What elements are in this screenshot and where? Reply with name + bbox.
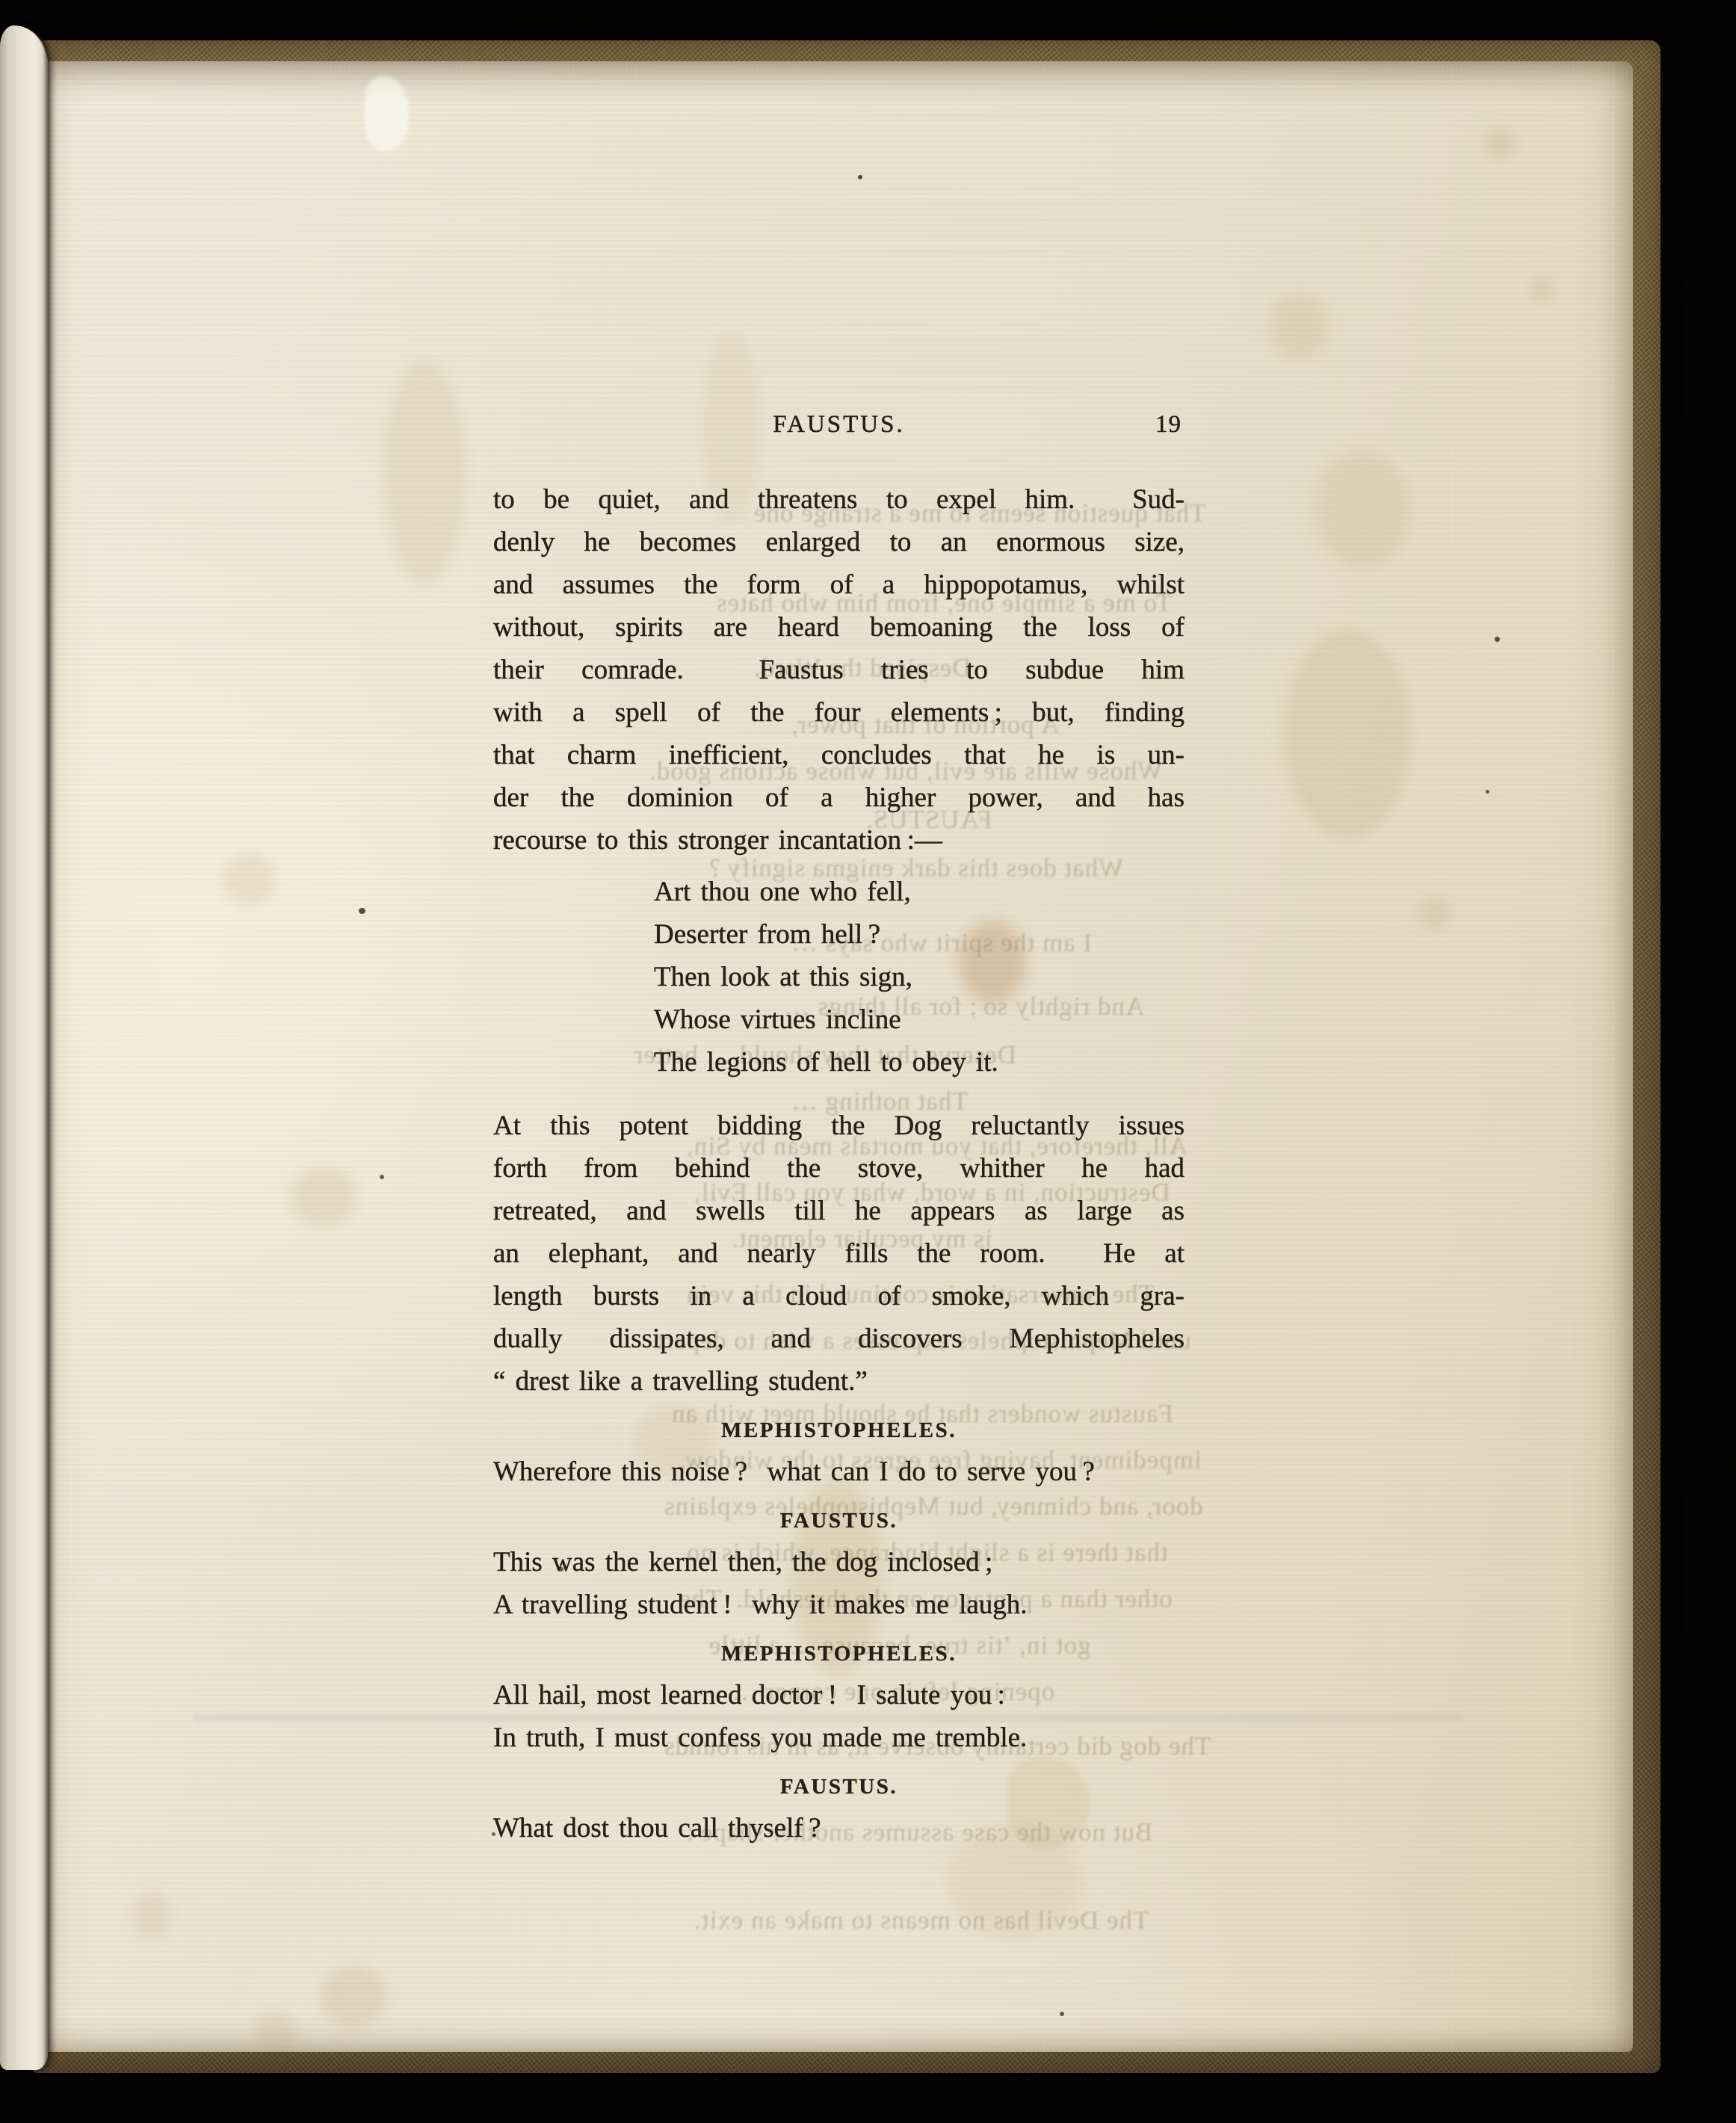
dialogue-item: FAUSTUS.: [493, 1504, 1184, 1537]
dialogue-item: Wherefore this noise ? what can I do to …: [493, 1450, 1184, 1493]
paper-stain: [380, 1175, 384, 1179]
paper-stain: [1060, 2012, 1064, 2016]
dialogue-block: MEPHISTOPHELES.Wherefore this noise ? wh…: [493, 1414, 1184, 1849]
paper-stain: [359, 908, 365, 914]
paragraph-summary-2: At this potent bidding the Dog reluctant…: [493, 1104, 1184, 1403]
verse-line: Art thou one who fell,: [654, 871, 1184, 913]
dialogue-item: MEPHISTOPHELES.: [493, 1637, 1184, 1670]
paper-stain: [1418, 898, 1448, 928]
paper-stain: [1495, 637, 1500, 642]
dialogue-item: FAUSTUS.: [493, 1770, 1184, 1803]
paper-stain: [1284, 629, 1411, 838]
running-head: FAUSTUS. 19: [493, 407, 1184, 442]
text-block: FAUSTUS. 19 to be quiet, and threatens t…: [493, 407, 1184, 1849]
paper-stain: [383, 360, 466, 584]
text-line: retreated, and swells till he appears as…: [493, 1190, 1184, 1232]
dialogue-item: What dost thou call thyself ?: [493, 1807, 1184, 1849]
text-line: that charm inefficient, concludes that h…: [493, 734, 1184, 776]
dialogue-item: This was the kernel then, the dog inclos…: [493, 1541, 1184, 1583]
paper-stain: [858, 175, 862, 179]
text-line: recourse to this stronger incantation :—: [493, 819, 1184, 862]
paper-stain: [223, 853, 275, 906]
verse-line: The legions of hell to obey it.: [654, 1041, 1184, 1084]
text-line: der the dominion of a higher power, and …: [493, 776, 1184, 819]
paper-stain: [290, 1167, 357, 1227]
paper-stain: [253, 2012, 297, 2049]
text-line: to be quiet, and threatens to expel him.…: [493, 478, 1184, 521]
paper-stain: [1530, 278, 1553, 300]
text-line: dually dissipates, and discovers Mephist…: [493, 1317, 1184, 1360]
book-photograph: That question seems to me a strange oneT…: [0, 0, 1736, 2123]
paper-stain: [1486, 790, 1489, 794]
dialogue-item: In truth, I must confess you made me tre…: [493, 1716, 1184, 1759]
verse-line: Whose virtues incline: [654, 998, 1184, 1041]
book-page: That question seems to me a strange oneT…: [43, 61, 1633, 2052]
verse-line: Deserter from hell ?: [654, 913, 1184, 956]
dialogue-item: MEPHISTOPHELES.: [493, 1414, 1184, 1447]
text-line: their comrade. Faustus tries to subdue h…: [493, 649, 1184, 691]
text-line: an elephant, and nearly fills the room. …: [493, 1232, 1184, 1275]
text-line: without, spirits are heard bemoaning the…: [493, 606, 1184, 649]
page-title: FAUSTUS.: [773, 411, 905, 438]
paper-stain: [365, 76, 410, 151]
paper-stain: [1486, 129, 1516, 158]
dialogue-item: A travelling student ! why it makes me l…: [493, 1583, 1184, 1626]
text-line: At this potent bidding the Dog reluctant…: [493, 1104, 1184, 1147]
paragraph-summary-1: to be quiet, and threatens to expel him.…: [493, 478, 1184, 862]
text-line: length bursts in a cloud of smoke, which…: [493, 1275, 1184, 1317]
text-line: with a spell of the four elements ; but,…: [493, 691, 1184, 734]
verse-line: Then look at this sign,: [654, 956, 1184, 998]
bleed-through-line: The Devil has no means to make an exit.: [694, 1906, 1149, 1935]
dialogue-item: All hail, most learned doctor ! I salute…: [493, 1674, 1184, 1716]
paper-stain: [320, 1967, 387, 2027]
text-line: denly he becomes enlarged to an enormous…: [493, 521, 1184, 563]
text-line: “ drest like a travelling student.”: [493, 1360, 1184, 1403]
paper-stain: [133, 1892, 170, 1937]
text-line: forth from behind the stove, whither he …: [493, 1147, 1184, 1190]
paper-stain: [1314, 450, 1411, 569]
paper-stain: [1269, 293, 1329, 360]
text-line: and assumes the form of a hippopotamus, …: [493, 563, 1184, 606]
incantation-verse: Art thou one who fell,Deserter from hell…: [493, 871, 1184, 1084]
opposite-page-fore-edge: [0, 25, 48, 2070]
page-number: 19: [1155, 407, 1181, 442]
